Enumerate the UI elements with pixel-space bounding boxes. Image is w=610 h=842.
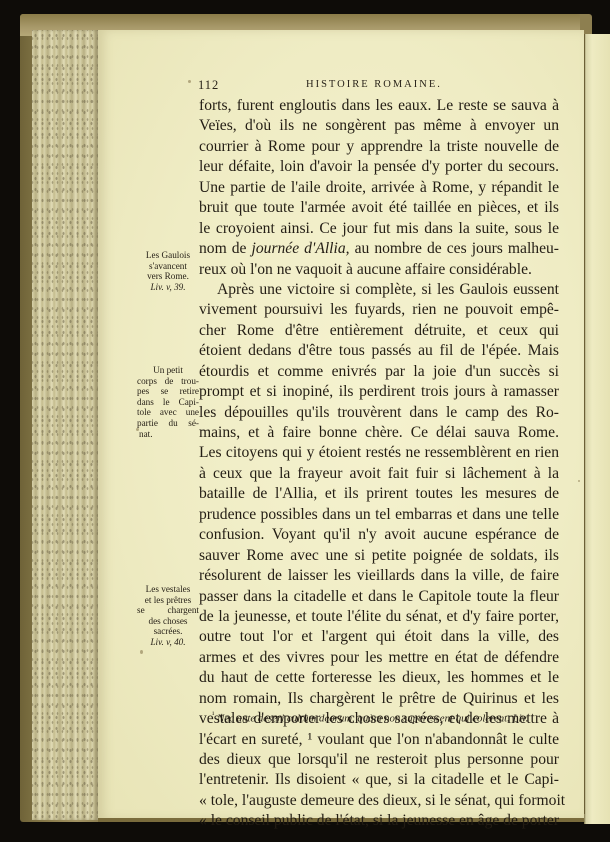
margin-note-capitole: Un petit corps de trou- pes se retire da… [137, 365, 199, 439]
text-line: du haut de cette forteresse les dieux, l… [199, 668, 559, 688]
text-line: des dieux que lorsqu'il ne resteroit plu… [199, 750, 559, 770]
footnote: ¹ Nec ante deseri cultum deorum, quàm no… [212, 710, 562, 725]
margin-note-line: vers Rome. [137, 271, 199, 282]
text-line: forts, furent engloutis dans les eaux. L… [199, 96, 559, 116]
margin-note-reference: Liv. v, 39. [137, 282, 199, 293]
text-line: le croyoient ainsi. Ce jour fut mis dans… [199, 219, 559, 239]
text-line: courrier à Rome pour y apprendre la tris… [199, 137, 559, 157]
text-line: cher Rome d'être entièrement détruite, e… [199, 321, 559, 341]
margin-note-line: sacrées. [137, 626, 199, 637]
text-line: bataille de l'Allia, et ils prirent tout… [199, 484, 559, 504]
text-line: confusion. Voyant qu'il n'y avoit aucune… [199, 525, 559, 545]
text-line: bruit que toute l'armée avoit été taillé… [199, 198, 559, 218]
running-title: HISTOIRE ROMAINE. [306, 79, 442, 90]
text-line: Après une victoire si complète, si les G… [199, 280, 559, 300]
margin-note-line: s'avancent [137, 261, 199, 272]
text-line: l'écart en sureté, ¹ voulant que l'on n'… [199, 730, 559, 750]
margin-note-line: tole avec une [137, 407, 199, 418]
text-line: de la jeunesse, et toute l'élite du séna… [199, 607, 559, 627]
text-line: Veïes, d'où ils ne songèrent pas même à … [199, 116, 559, 136]
text-line: armes et des vivres pour les mettre en é… [199, 648, 559, 668]
margin-note-vestales: Les vestales et les prêtres se chargent … [137, 584, 199, 648]
facing-page-edge [584, 34, 610, 824]
text-line: sauver Rome avec une si petite poignée d… [199, 546, 559, 566]
text-line: l'entretenir. Ils disoient « que, si la … [199, 770, 559, 790]
margin-note-line: nat. [137, 429, 199, 440]
margin-note-line: Les vestales [137, 584, 199, 595]
margin-note-line: et les prêtres [137, 595, 199, 606]
text-line: étoient dedans d'être tous passés au fil… [199, 341, 559, 361]
text-line: « tole, l'auguste demeure des dieux, si … [199, 791, 559, 811]
text-line: leur défaite, loin d'avoir la pensée d'y… [199, 157, 559, 177]
text-line: nom romain, Ils chargèrent le prêtre de … [199, 689, 559, 709]
text-line: mains, et à faire bonne chère. Ce délai … [199, 423, 559, 443]
page-stack-edge [32, 30, 98, 820]
margin-note-line: se chargent [137, 605, 199, 616]
text-line: outre tout l'or et l'argent qui étoit da… [199, 627, 559, 647]
margin-note-line: Les Gaulois [137, 250, 199, 261]
margin-note-gaulois: Les Gaulois s'avancent vers Rome. Liv. v… [137, 250, 199, 292]
text-line: nom de journée d'Allia, au nombre de ces… [199, 239, 559, 259]
footnote-marker: ¹ [212, 710, 214, 719]
margin-note-line: des choses [137, 616, 199, 627]
margin-note-line: Un petit [137, 365, 199, 376]
text-line: « le conseil public de l'état, si la jeu… [199, 811, 559, 831]
text-line: Les citoyens qui y étoient restés ne res… [199, 443, 559, 463]
text-line: à ceux que la frayeur avoit fait fuir si… [199, 464, 559, 484]
page-header: 112 HISTOIRE ROMAINE. [198, 78, 558, 94]
text-line: reux où l'on ne vaquoit à aucune affaire… [199, 260, 559, 280]
footnote-text: Nec ante deseri cultum deorum, quàm non … [217, 713, 528, 725]
text-line: Une partie de l'aile droite, arrivée à R… [199, 178, 559, 198]
margin-note-line: corps de trou- [137, 376, 199, 387]
text-line: les dépouilles qu'ils trouvèrent dans le… [199, 403, 559, 423]
text-line: vivement poursuivi les fuyards, rien ne … [199, 300, 559, 320]
text-line: résolurent de laisser les vieillards dan… [199, 566, 559, 586]
text-line: passer dans la citadelle et dans le Capi… [199, 587, 559, 607]
text-line: étourdis et comme enivrés par la joie d'… [199, 362, 559, 382]
italic-term: journée d'Allia, [252, 240, 350, 257]
margin-note-line: dans le Capi- [137, 397, 199, 408]
page-number: 112 [198, 78, 219, 93]
margin-note-line: partie du sé- [137, 418, 199, 429]
margin-note-reference: Liv. v, 40. [137, 637, 199, 648]
margin-note-line: pes se retire [137, 386, 199, 397]
text-line: prompt et si inopiné, ils perdirent troi… [199, 382, 559, 402]
text-line: prudence possibles dans un tel embarras … [199, 505, 559, 525]
